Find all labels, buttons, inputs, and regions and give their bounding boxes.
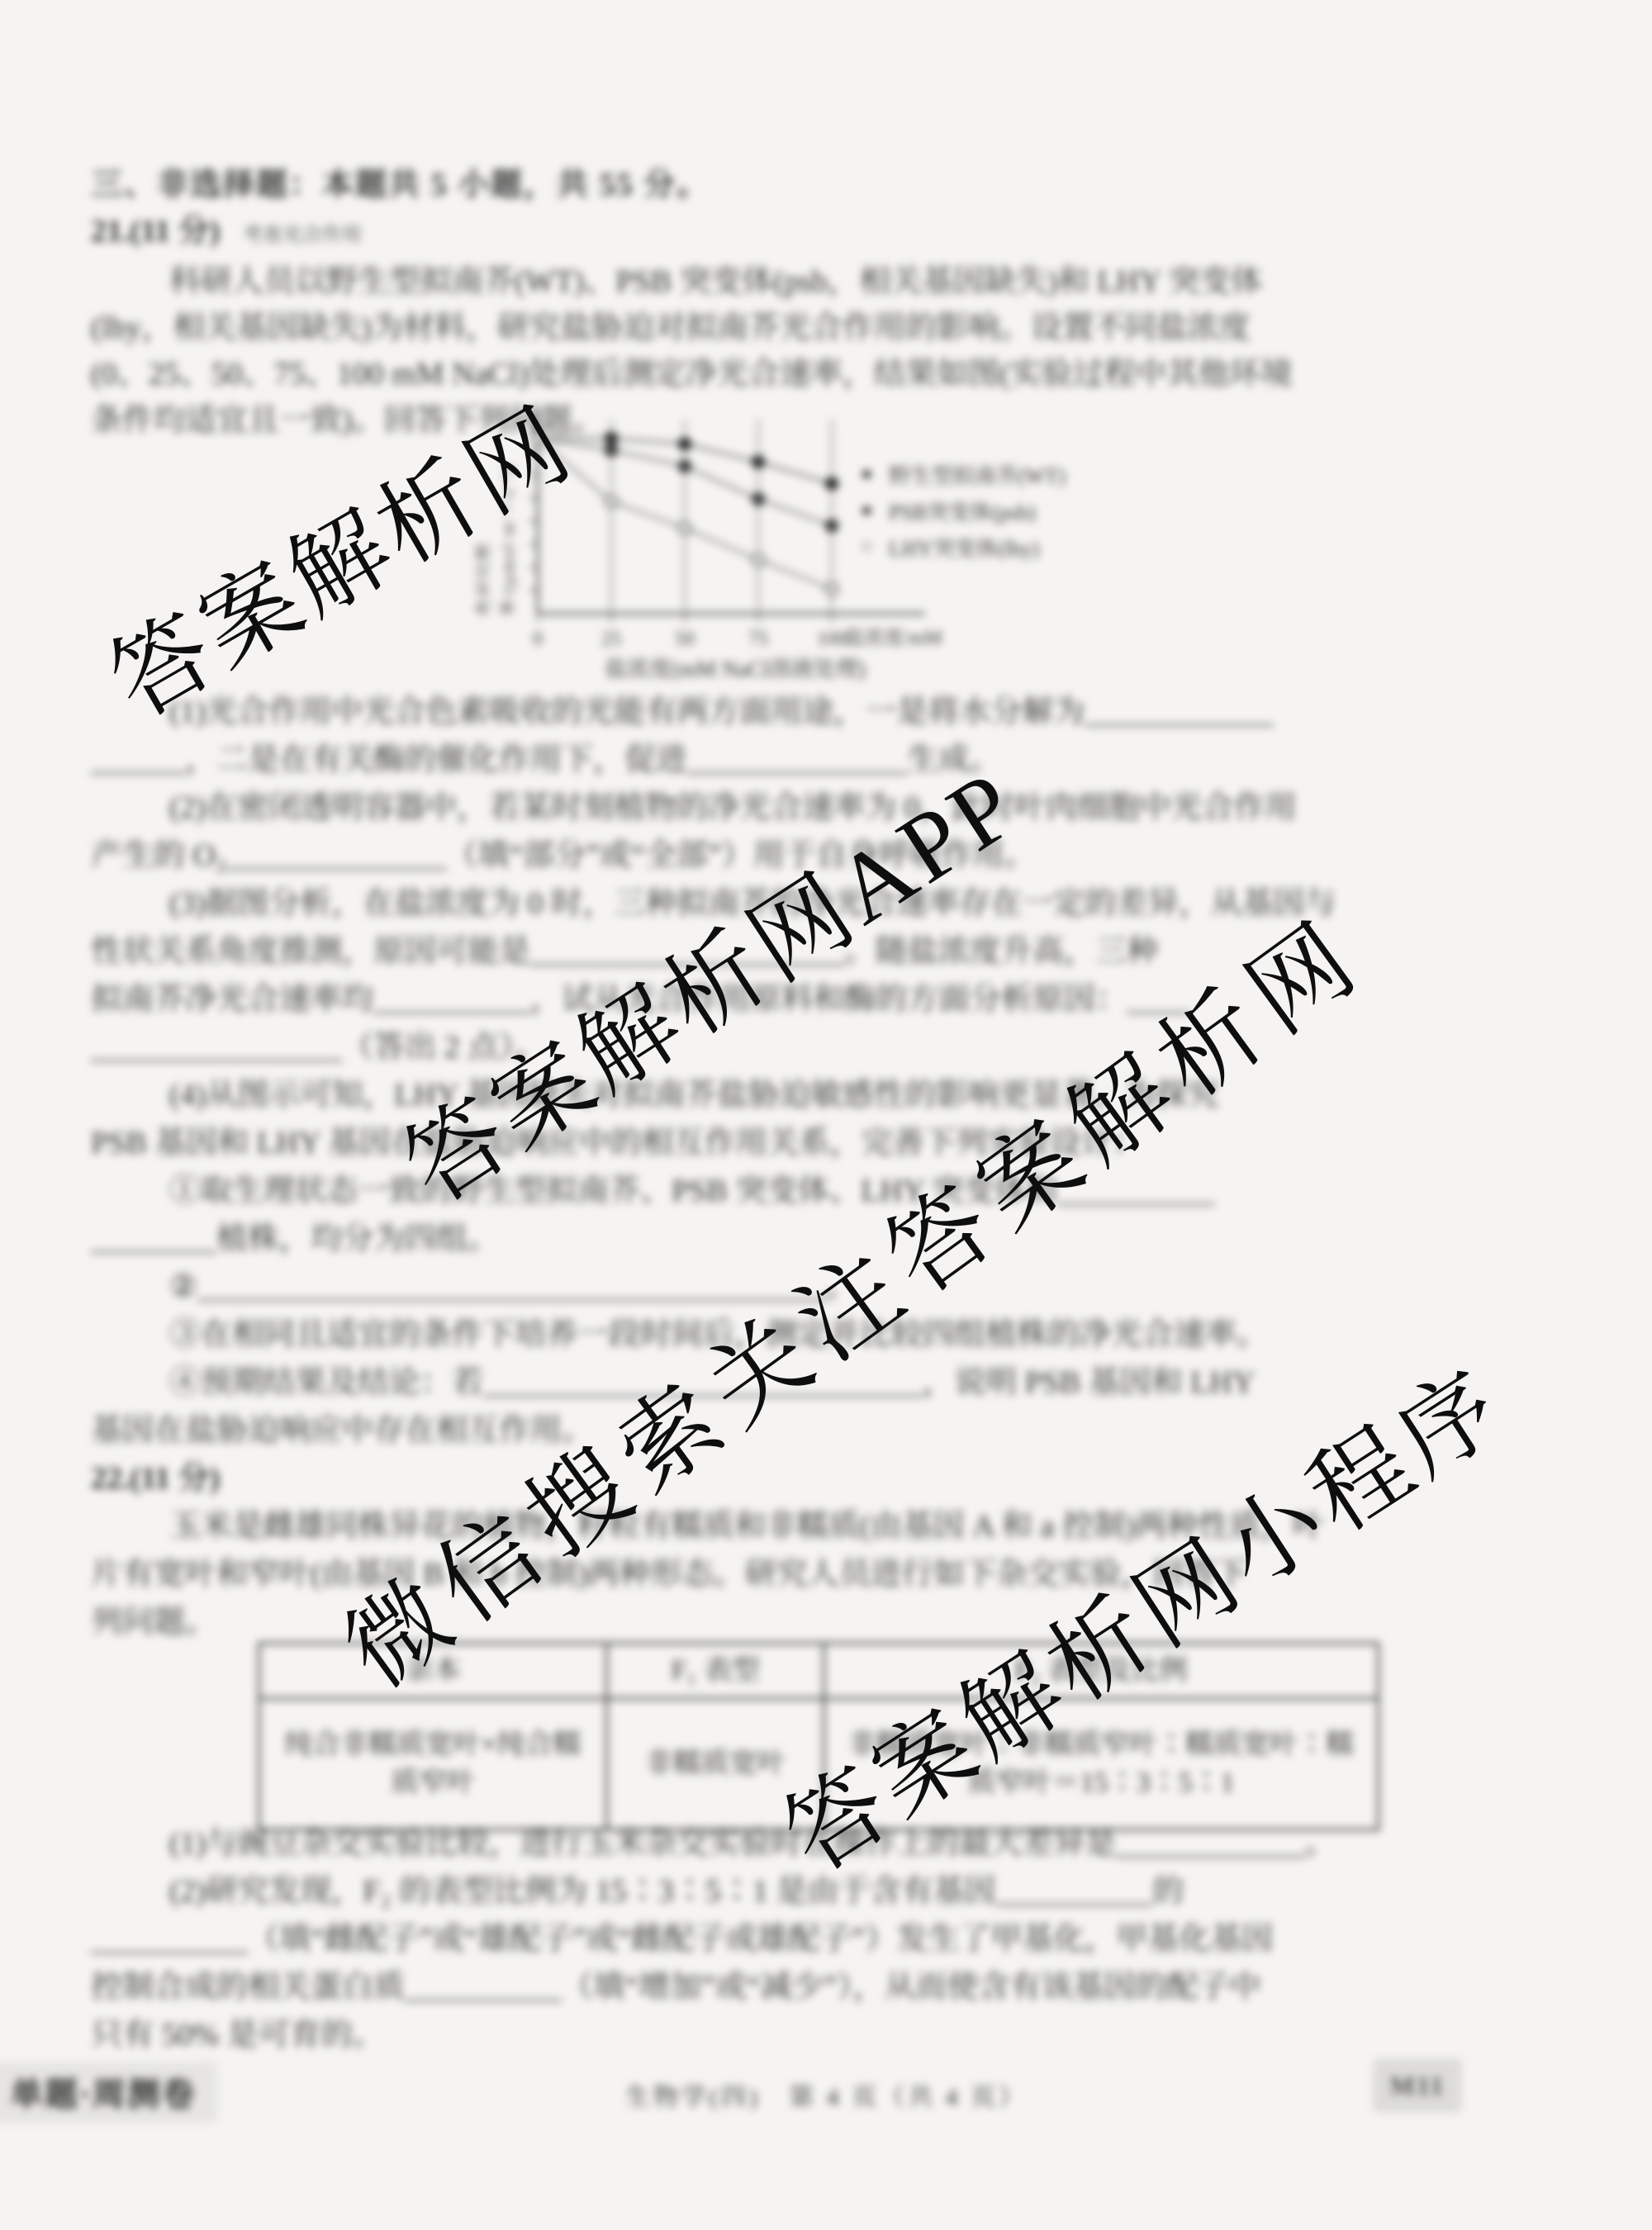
q22-intro-line: 列问题。 [91, 1598, 1528, 1646]
table-cell-parents: 纯合非糯质宽叶×纯合糯质窄叶 [259, 1699, 607, 1830]
svg-text:50: 50 [675, 629, 695, 650]
q21-question-line: (4)从图示可知，LHY 基因缺失对拟南芥盐胁迫敏感性的影响更显著。为探究 [91, 1071, 1528, 1119]
q22-question-line: 只有 50% 是可育的。 [91, 2011, 1528, 2059]
chart-legend: 野生型拟南芥(WT) PSB突变体(psb) LHY突变体(lhy) [861, 456, 1066, 565]
svg-text:100: 100 [817, 629, 847, 650]
q22-question-line: (2)研究发现，F₂ 的表型比例为 15∶3∶5∶1 是由于含有基因______… [91, 1867, 1528, 1915]
q21-intro-line: (lhy，相关基因缺失)为材料，研究盐胁迫对拟南芥光合作用的影响。设置不同盐浓度 [91, 305, 1528, 351]
section-heading: 三、非选择题：本题共 5 小题，共 55 分。 [91, 162, 1528, 208]
svg-text:0: 0 [533, 629, 543, 650]
question-21-number: 21.(11 分) [91, 214, 220, 249]
filled-dot-icon [861, 500, 889, 522]
legend-item: PSB突变体(psb) [861, 492, 1066, 529]
question-21-tag: 考查光合作用 [243, 225, 362, 246]
table-header-f1: F₁ 表型 [607, 1644, 824, 1699]
q21-question-line: PSB 基因和 LHY 基因在盐胁迫响应中的相互作用关系，完善下列实验设计： [91, 1119, 1528, 1167]
chart-x-axis-label: 盐浓度(mM NaCl溶液处理) [578, 651, 892, 683]
filled-dot-icon [861, 463, 889, 486]
svg-text:25: 25 [601, 629, 621, 650]
q22-question-line: 控制合成的相关蛋白质__________（填“增加”或“减少”），从而使含有该基… [91, 1963, 1528, 2011]
q22-question-line: __________（填“雌配子”或“雄配子”或“雌配子或雄配子”）发生了甲基化… [91, 1915, 1528, 1963]
open-dot-icon [861, 536, 889, 558]
q21-intro-line: 科研人员以野生型拟南芥(WT)、PSB 突变体(psb，相关基因缺失)和 LHY… [91, 259, 1528, 305]
legend-label: 野生型拟南芥(WT) [889, 459, 1066, 490]
legend-item: LHY突变体(lhy) [861, 529, 1066, 565]
svg-text:75: 75 [748, 629, 768, 650]
legend-item: 野生型拟南芥(WT) [861, 456, 1066, 492]
q21-question-line: (1)光合作用中光合色素吸收的光能有两方面用途，一是将水分解为_________… [91, 688, 1528, 736]
scanned-exam-page: 三、非选择题：本题共 5 小题，共 55 分。 21.(11 分) 考查光合作用… [0, 0, 1652, 2230]
legend-label: PSB突变体(psb) [889, 496, 1036, 526]
question-21-number-line: 21.(11 分) 考查光合作用 [91, 208, 1528, 259]
footer-corner-badge: M11 [1373, 2058, 1462, 2113]
legend-label: LHY突变体(lhy) [889, 532, 1039, 562]
q21-question-line: ①取生理状态一致的野生型拟南芥、PSB 突变体、LHY 突变体和________… [91, 1167, 1528, 1215]
chart-x-unit-label: 盐浓度/mM [844, 621, 942, 650]
q21-question-line: ______，二是在有关酶的催化作用下，促进______________生成。 [91, 736, 1528, 784]
q21-question-line: (2)在密闭透明容器中，若某时刻植物的净光合速率为 0，此时叶肉细胞中光合作用 [91, 784, 1528, 832]
